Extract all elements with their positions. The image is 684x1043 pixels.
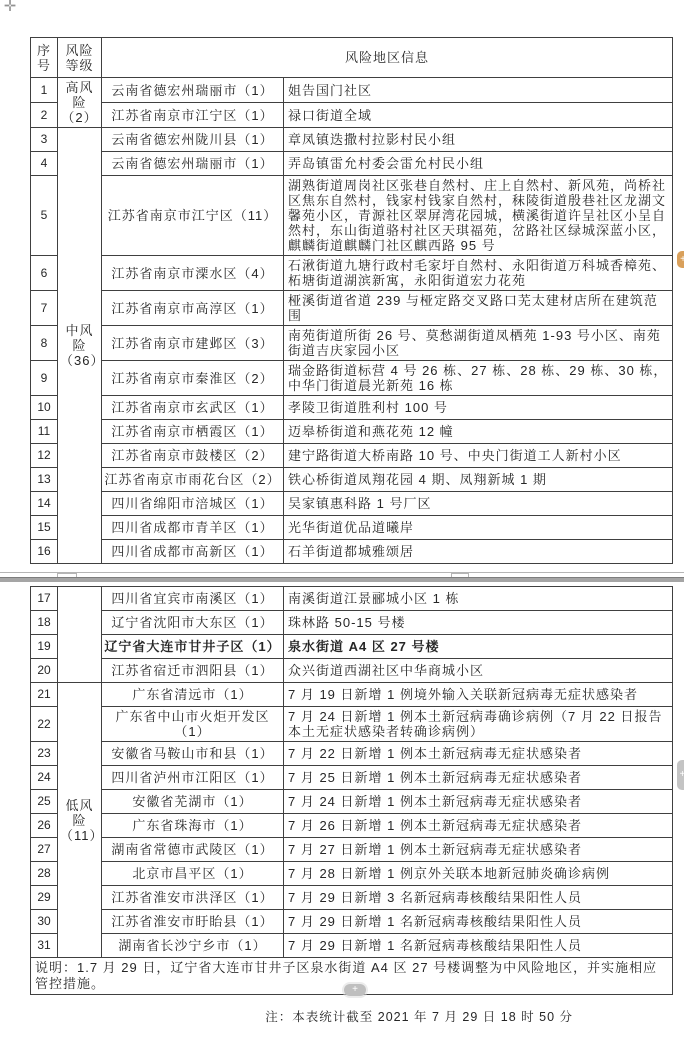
statistics-note-line: 注：本表统计截至 2021 年 7 月 29 日 18 时 50 分 bbox=[30, 1007, 673, 1025]
row-serial-number: 18 bbox=[31, 611, 58, 635]
row-serial-number: 15 bbox=[31, 516, 58, 540]
table-row: 11江苏省南京市栖霞区（1）迈皋桥街道和燕花苑 12 幢 bbox=[31, 420, 673, 444]
table-row: 25安徽省芜湖市（1）7 月 24 日新增 1 例本土新冠病毒无症状感染者 bbox=[31, 790, 673, 814]
region-cell: 湖南省常德市武陵区（1） bbox=[102, 838, 284, 862]
risk-info-cell: 7 月 27 日新增 1 例本土新冠病毒无症状感染者 bbox=[284, 838, 673, 862]
row-serial-number: 29 bbox=[31, 886, 58, 910]
risk-info-cell: 珠林路 50-15 号楼 bbox=[284, 611, 673, 635]
insert-row-plus-icon[interactable]: + bbox=[344, 984, 366, 996]
region-cell: 江苏省南京市建邺区（3） bbox=[102, 326, 284, 361]
risk-info-cell: 禄口街道全域 bbox=[284, 103, 673, 128]
risk-info-cell: 迈皋桥街道和燕花苑 12 幢 bbox=[284, 420, 673, 444]
risk-level-cell bbox=[58, 587, 102, 683]
table-row: 19辽宁省大连市甘井子区（1）泉水街道 A4 区 27 号楼 bbox=[31, 635, 673, 659]
region-cell: 江苏省南京市秦淮区（2） bbox=[102, 361, 284, 396]
risk-info-cell: 光华街道优品道曦岸 bbox=[284, 516, 673, 540]
risk-info-cell: 姐告国门社区 bbox=[284, 78, 673, 103]
row-serial-number: 23 bbox=[31, 742, 58, 766]
risk-info-cell: 弄岛镇雷允村委会雷允村民小组 bbox=[284, 152, 673, 176]
region-cell: 安徽省芜湖市（1） bbox=[102, 790, 284, 814]
row-serial-number: 1 bbox=[31, 78, 58, 103]
table-row: 8江苏省南京市建邺区（3）南苑街道所街 26 号、莫愁湖街道凤栖苑 1-93 号… bbox=[31, 326, 673, 361]
region-cell: 四川省泸州市江阳区（1） bbox=[102, 766, 284, 790]
risk-info-cell: 石羊街道都城雅颂居 bbox=[284, 540, 673, 564]
table-row: 31湖南省长沙宁乡市（1）7 月 29 日新增 1 名新冠病毒核酸结果阳性人员 bbox=[31, 934, 673, 958]
plus-glyph: + bbox=[680, 770, 684, 780]
row-serial-number: 22 bbox=[31, 707, 58, 742]
risk-info-cell: 南苑街道所街 26 号、莫愁湖街道凤栖苑 1-93 号小区、南苑街道吉庆家园小区 bbox=[284, 326, 673, 361]
table-row: 14四川省绵阳市涪城区（1）吴家镇惠科路 1 号厂区 bbox=[31, 492, 673, 516]
region-cell: 广东省珠海市（1） bbox=[102, 814, 284, 838]
risk-level-cell: 中风险 （36） bbox=[58, 128, 102, 564]
table-row: 16四川省成都市高新区（1）石羊街道都城雅颂居 bbox=[31, 540, 673, 564]
row-serial-number: 30 bbox=[31, 910, 58, 934]
region-cell: 江苏省南京市高淳区（1） bbox=[102, 291, 284, 326]
region-cell: 安徽省马鞍山市和县（1） bbox=[102, 742, 284, 766]
risk-info-cell: 7 月 29 日新增 1 名新冠病毒核酸结果阳性人员 bbox=[284, 910, 673, 934]
risk-info-cell: 铁心桥街道凤翔花园 4 期、凤翔新城 1 期 bbox=[284, 468, 673, 492]
region-cell: 江苏省南京市鼓楼区（2） bbox=[102, 444, 284, 468]
risk-level-cell: 低风险 （11） bbox=[58, 683, 102, 958]
region-cell: 四川省成都市高新区（1） bbox=[102, 540, 284, 564]
region-cell: 广东省中山市火炬开发区（1） bbox=[102, 707, 284, 742]
risk-info-cell: 孝陵卫街道胜利村 100 号 bbox=[284, 396, 673, 420]
row-serial-number: 31 bbox=[31, 934, 58, 958]
risk-info-cell: 南溪街道江景郦城小区 1 栋 bbox=[284, 587, 673, 611]
side-marker-orange-icon[interactable]: + bbox=[677, 251, 684, 268]
table-row: 4云南省德宏州瑞丽市（1）弄岛镇雷允村委会雷允村民小组 bbox=[31, 152, 673, 176]
row-serial-number: 28 bbox=[31, 862, 58, 886]
table-row: 9江苏省南京市秦淮区（2）瑞金路街道标营 4 号 26 栋、27 栋、28 栋、… bbox=[31, 361, 673, 396]
region-cell: 湖南省长沙宁乡市（1） bbox=[102, 934, 284, 958]
risk-info-cell: 7 月 29 日新增 1 名新冠病毒核酸结果阳性人员 bbox=[284, 934, 673, 958]
table-row: 3中风险 （36）云南省德宏州陇川县（1）章凤镇迭撒村拉影村民小组 bbox=[31, 128, 673, 152]
table-row: 12江苏省南京市鼓楼区（2）建宁路街道大桥南路 10 号、中央门街道工人新村小区 bbox=[31, 444, 673, 468]
region-cell: 广东省清远市（1） bbox=[102, 683, 284, 707]
header-serial-number: 序 号 bbox=[31, 38, 58, 78]
page-break bbox=[0, 564, 684, 586]
risk-info-cell: 章凤镇迭撒村拉影村民小组 bbox=[284, 128, 673, 152]
region-cell: 江苏省淮安市盱眙县（1） bbox=[102, 910, 284, 934]
risk-info-cell: 吴家镇惠科路 1 号厂区 bbox=[284, 492, 673, 516]
header-risk-level: 风险 等级 bbox=[58, 38, 102, 78]
risk-info-cell: 7 月 24 日新增 1 例本土新冠病毒确诊病例（7 月 22 日报告本土无症状… bbox=[284, 707, 673, 742]
row-serial-number: 9 bbox=[31, 361, 58, 396]
row-serial-number: 4 bbox=[31, 152, 58, 176]
risk-area-table-page-2: 17四川省宜宾市南溪区（1）南溪街道江景郦城小区 1 栋18辽宁省沈阳市大东区（… bbox=[30, 586, 673, 995]
risk-info-cell: 桠溪街道省道 239 与桠定路交叉路口芜太建材店所在建筑范围 bbox=[284, 291, 673, 326]
risk-level-cell: 高风险 （2） bbox=[58, 78, 102, 128]
header-risk-area-info: 风险地区信息 bbox=[102, 38, 673, 78]
risk-info-cell: 7 月 28 日新增 1 例京外关联本地新冠肺炎确诊病例 bbox=[284, 862, 673, 886]
region-cell: 江苏省南京市溧水区（4） bbox=[102, 256, 284, 291]
table-row: 13江苏省南京市雨花台区（2）铁心桥街道凤翔花园 4 期、凤翔新城 1 期 bbox=[31, 468, 673, 492]
document-page-1: 序 号 风险 等级 风险地区信息 1高风险 （2）云南省德宏州瑞丽市（1）姐告国… bbox=[30, 37, 673, 564]
region-cell: 辽宁省沈阳市大东区（1） bbox=[102, 611, 284, 635]
row-serial-number: 17 bbox=[31, 587, 58, 611]
risk-info-cell: 泉水街道 A4 区 27 号楼 bbox=[284, 635, 673, 659]
risk-info-cell: 建宁路街道大桥南路 10 号、中央门街道工人新村小区 bbox=[284, 444, 673, 468]
row-serial-number: 24 bbox=[31, 766, 58, 790]
table-row: 27湖南省常德市武陵区（1）7 月 27 日新增 1 例本土新冠病毒无症状感染者 bbox=[31, 838, 673, 862]
table-move-handle-icon[interactable]: ✛ bbox=[1, 0, 19, 16]
risk-area-table-page-1: 序 号 风险 等级 风险地区信息 1高风险 （2）云南省德宏州瑞丽市（1）姐告国… bbox=[30, 37, 673, 564]
region-cell: 四川省绵阳市涪城区（1） bbox=[102, 492, 284, 516]
plus-glyph: + bbox=[680, 255, 684, 265]
table-row: 5江苏省南京市江宁区（11）湖熟街道周岗社区张巷自然村、庄上自然村、新风苑，尚桥… bbox=[31, 176, 673, 256]
risk-info-cell: 7 月 19 日新增 1 例境外输入关联新冠病毒无症状感染者 bbox=[284, 683, 673, 707]
row-serial-number: 20 bbox=[31, 659, 58, 683]
row-serial-number: 6 bbox=[31, 256, 58, 291]
table-row: 26广东省珠海市（1）7 月 26 日新增 1 例本土新冠病毒无症状感染者 bbox=[31, 814, 673, 838]
table-row: 28北京市昌平区（1）7 月 28 日新增 1 例京外关联本地新冠肺炎确诊病例 bbox=[31, 862, 673, 886]
table-row: 23安徽省马鞍山市和县（1）7 月 22 日新增 1 例本土新冠病毒无症状感染者 bbox=[31, 742, 673, 766]
region-cell: 北京市昌平区（1） bbox=[102, 862, 284, 886]
row-serial-number: 14 bbox=[31, 492, 58, 516]
table-row: 22广东省中山市火炬开发区（1）7 月 24 日新增 1 例本土新冠病毒确诊病例… bbox=[31, 707, 673, 742]
region-cell: 江苏省南京市玄武区（1） bbox=[102, 396, 284, 420]
row-serial-number: 2 bbox=[31, 103, 58, 128]
risk-info-cell: 7 月 29 日新增 3 名新冠病毒核酸结果阳性人员 bbox=[284, 886, 673, 910]
region-cell: 江苏省南京市雨花台区（2） bbox=[102, 468, 284, 492]
risk-info-cell: 众兴街道西湖社区中华商城小区 bbox=[284, 659, 673, 683]
table-row: 6江苏省南京市溧水区（4）石湫街道九塘行政村毛家圩自然村、永阳街道万科城香樟苑、… bbox=[31, 256, 673, 291]
table-row: 18辽宁省沈阳市大东区（1）珠林路 50-15 号楼 bbox=[31, 611, 673, 635]
table-row: 29江苏省淮安市洪泽区（1）7 月 29 日新增 3 名新冠病毒核酸结果阳性人员 bbox=[31, 886, 673, 910]
risk-info-cell: 湖熟街道周岗社区张巷自然村、庄上自然村、新风苑，尚桥社区焦东自然村，钱家村钱家自… bbox=[284, 176, 673, 256]
table-header-row: 序 号 风险 等级 风险地区信息 bbox=[31, 38, 673, 78]
table-row: 21低风险 （11）广东省清远市（1）7 月 19 日新增 1 例境外输入关联新… bbox=[31, 683, 673, 707]
page-break-line-thin bbox=[0, 572, 684, 573]
document-page-2: 17四川省宜宾市南溪区（1）南溪街道江景郦城小区 1 栋18辽宁省沈阳市大东区（… bbox=[30, 586, 673, 995]
risk-info-cell: 7 月 24 日新增 1 例本土新冠病毒无症状感染者 bbox=[284, 790, 673, 814]
row-serial-number: 26 bbox=[31, 814, 58, 838]
region-cell: 云南省德宏州瑞丽市（1） bbox=[102, 152, 284, 176]
table-row: 1高风险 （2）云南省德宏州瑞丽市（1）姐告国门社区 bbox=[31, 78, 673, 103]
row-serial-number: 7 bbox=[31, 291, 58, 326]
row-serial-number: 21 bbox=[31, 683, 58, 707]
table-row: 15四川省成都市青羊区（1）光华街道优品道曦岸 bbox=[31, 516, 673, 540]
risk-info-cell: 7 月 25 日新增 1 例本土新冠病毒无症状感染者 bbox=[284, 766, 673, 790]
region-cell: 江苏省南京市江宁区（11） bbox=[102, 176, 284, 256]
risk-info-cell: 7 月 22 日新增 1 例本土新冠病毒无症状感染者 bbox=[284, 742, 673, 766]
table-row: 24四川省泸州市江阳区（1）7 月 25 日新增 1 例本土新冠病毒无症状感染者 bbox=[31, 766, 673, 790]
region-cell: 四川省成都市青羊区（1） bbox=[102, 516, 284, 540]
row-serial-number: 5 bbox=[31, 176, 58, 256]
row-serial-number: 27 bbox=[31, 838, 58, 862]
row-serial-number: 25 bbox=[31, 790, 58, 814]
region-cell: 江苏省宿迁市泗阳县（1） bbox=[102, 659, 284, 683]
row-serial-number: 16 bbox=[31, 540, 58, 564]
table-row: 7江苏省南京市高淳区（1）桠溪街道省道 239 与桠定路交叉路口芜太建材店所在建… bbox=[31, 291, 673, 326]
risk-info-cell: 7 月 26 日新增 1 例本土新冠病毒无症状感染者 bbox=[284, 814, 673, 838]
row-serial-number: 19 bbox=[31, 635, 58, 659]
region-cell: 江苏省南京市栖霞区（1） bbox=[102, 420, 284, 444]
row-serial-number: 10 bbox=[31, 396, 58, 420]
risk-info-cell: 石湫街道九塘行政村毛家圩自然村、永阳街道万科城香樟苑、柘塘街道湖滨新寓，永阳街道… bbox=[284, 256, 673, 291]
side-marker-gray-icon[interactable]: + bbox=[677, 760, 684, 790]
page-break-line-thick bbox=[0, 577, 684, 582]
table-row: 30江苏省淮安市盱眙县（1）7 月 29 日新增 1 名新冠病毒核酸结果阳性人员 bbox=[31, 910, 673, 934]
region-cell: 辽宁省大连市甘井子区（1） bbox=[102, 635, 284, 659]
table-row: 20江苏省宿迁市泗阳县（1）众兴街道西湖社区中华商城小区 bbox=[31, 659, 673, 683]
row-serial-number: 11 bbox=[31, 420, 58, 444]
plus-glyph: + bbox=[352, 985, 358, 995]
region-cell: 四川省宜宾市南溪区（1） bbox=[102, 587, 284, 611]
region-cell: 云南省德宏州瑞丽市（1） bbox=[102, 78, 284, 103]
risk-info-cell: 瑞金路街道标营 4 号 26 栋、27 栋、28 栋、29 栋、30 栋，中华门… bbox=[284, 361, 673, 396]
region-cell: 云南省德宏州陇川县（1） bbox=[102, 128, 284, 152]
statistics-note-text: 注：本表统计截至 2021 年 7 月 29 日 18 时 50 分 bbox=[265, 1007, 573, 1025]
region-cell: 江苏省淮安市洪泽区（1） bbox=[102, 886, 284, 910]
row-serial-number: 8 bbox=[31, 326, 58, 361]
row-serial-number: 12 bbox=[31, 444, 58, 468]
region-cell: 江苏省南京市江宁区（1） bbox=[102, 103, 284, 128]
table-row: 17四川省宜宾市南溪区（1）南溪街道江景郦城小区 1 栋 bbox=[31, 587, 673, 611]
row-serial-number: 3 bbox=[31, 128, 58, 152]
table-row: 2江苏省南京市江宁区（1）禄口街道全域 bbox=[31, 103, 673, 128]
row-serial-number: 13 bbox=[31, 468, 58, 492]
table-row: 10江苏省南京市玄武区（1）孝陵卫街道胜利村 100 号 bbox=[31, 396, 673, 420]
